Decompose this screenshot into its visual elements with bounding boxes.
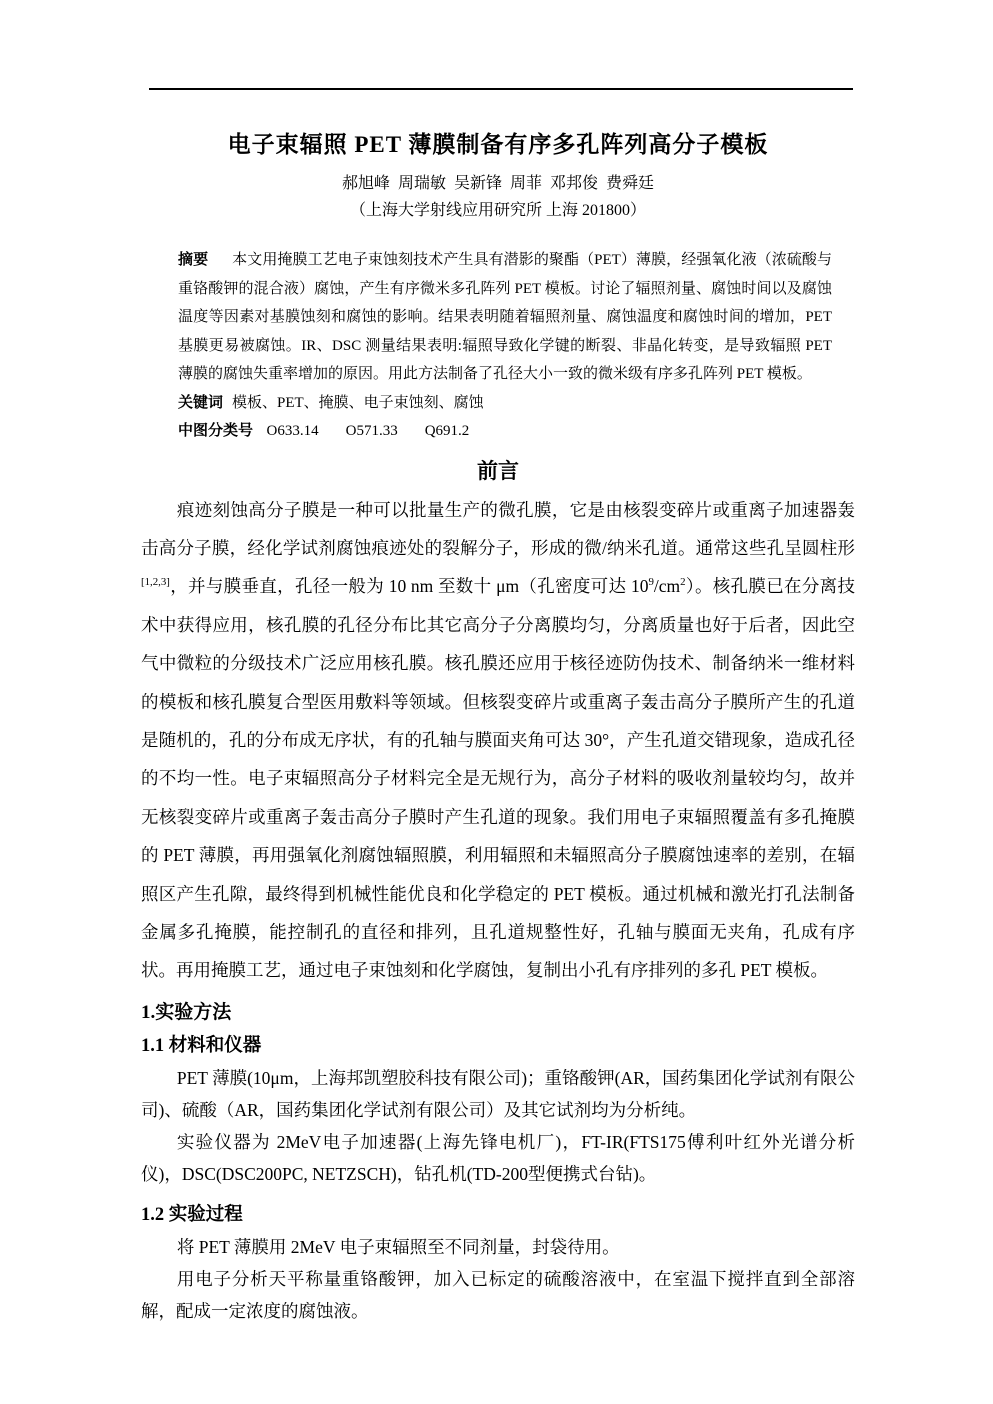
abstract-text: 本文用掩膜工艺电子束蚀刻技术产生具有潜影的聚酯（PET）薄膜，经强氧化液（浓硫酸…: [178, 252, 832, 382]
intro-text-1: 痕迹刻蚀高分子膜是一种可以批量生产的微孔膜，它是由核裂变碎片或重离子加速器轰击高…: [141, 500, 855, 558]
affiliation-line: （上海大学射线应用研究所 上海 201800）: [141, 200, 855, 222]
abstract-paragraph: 摘要本文用掩膜工艺电子束蚀刻技术产生具有潜影的聚酯（PET）薄膜，经强氧化液（浓…: [178, 246, 832, 389]
materials-paragraph-1: PET 薄膜(10μm，上海邦凯塑胶科技有限公司)；重铬酸钾(AR，国药集团化学…: [141, 1062, 855, 1126]
clc-value: O633.14: [267, 423, 319, 439]
intro-text-3: /cm: [654, 576, 680, 596]
document-page: 电子束辐照 PET 薄膜制备有序多孔阵列高分子模板 郝旭峰 周瑞敏 吴新锋 周菲…: [0, 0, 993, 1404]
abstract-label: 摘要: [178, 252, 208, 268]
clc-value: O571.33: [346, 423, 398, 439]
intro-text-4: ）。核孔膜已在分离技术中获得应用，核孔膜的孔径分布比其它高分子分离膜均匀，分离质…: [141, 576, 855, 980]
clc-value: Q691.2: [425, 423, 470, 439]
clc-line: 中图分类号O633.14O571.33Q691.2: [178, 417, 832, 446]
intro-paragraph: 痕迹刻蚀高分子膜是一种可以批量生产的微孔膜，它是由核裂变碎片或重离子加速器轰击高…: [141, 491, 855, 990]
abstract-block: 摘要本文用掩膜工艺电子束蚀刻技术产生具有潜影的聚酯（PET）薄膜，经强氧化液（浓…: [178, 246, 832, 446]
section-heading-methods: 1.实验方法: [141, 999, 855, 1027]
citation-superscript: [1,2,3]: [141, 576, 170, 588]
subsection-heading-materials: 1.1 材料和仪器: [141, 1032, 855, 1060]
header-rule: [149, 88, 853, 90]
subsection-heading-process: 1.2 实验过程: [141, 1201, 855, 1229]
page-content: 电子束辐照 PET 薄膜制备有序多孔阵列高分子模板 郝旭峰 周瑞敏 吴新锋 周菲…: [141, 118, 855, 1327]
keywords-line: 关键词模板、PET、掩膜、电子束蚀刻、腐蚀: [178, 389, 832, 418]
keywords-text: 模板、PET、掩膜、电子束蚀刻、腐蚀: [232, 395, 484, 411]
intro-heading: 前言: [141, 457, 855, 486]
paper-title: 电子束辐照 PET 薄膜制备有序多孔阵列高分子模板: [141, 130, 855, 160]
authors-line: 郝旭峰 周瑞敏 吴新锋 周菲 邓邦俊 费舜廷: [141, 173, 855, 195]
intro-text-2: ，并与膜垂直，孔径一般为 10 nm 至数十 μm（孔密度可达 10: [170, 576, 649, 596]
materials-paragraph-2: 实验仪器为 2MeV电子加速器(上海先锋电机厂)，FT-IR(FTS175傅利叶…: [141, 1126, 855, 1190]
process-paragraph-1: 将 PET 薄膜用 2MeV 电子束辐照至不同剂量，封袋待用。: [141, 1231, 855, 1263]
keywords-label: 关键词: [178, 395, 223, 411]
process-paragraph-2: 用电子分析天平称量重铬酸钾，加入已标定的硫酸溶液中，在室温下搅拌直到全部溶解，配…: [141, 1263, 855, 1327]
clc-label: 中图分类号: [178, 423, 253, 439]
